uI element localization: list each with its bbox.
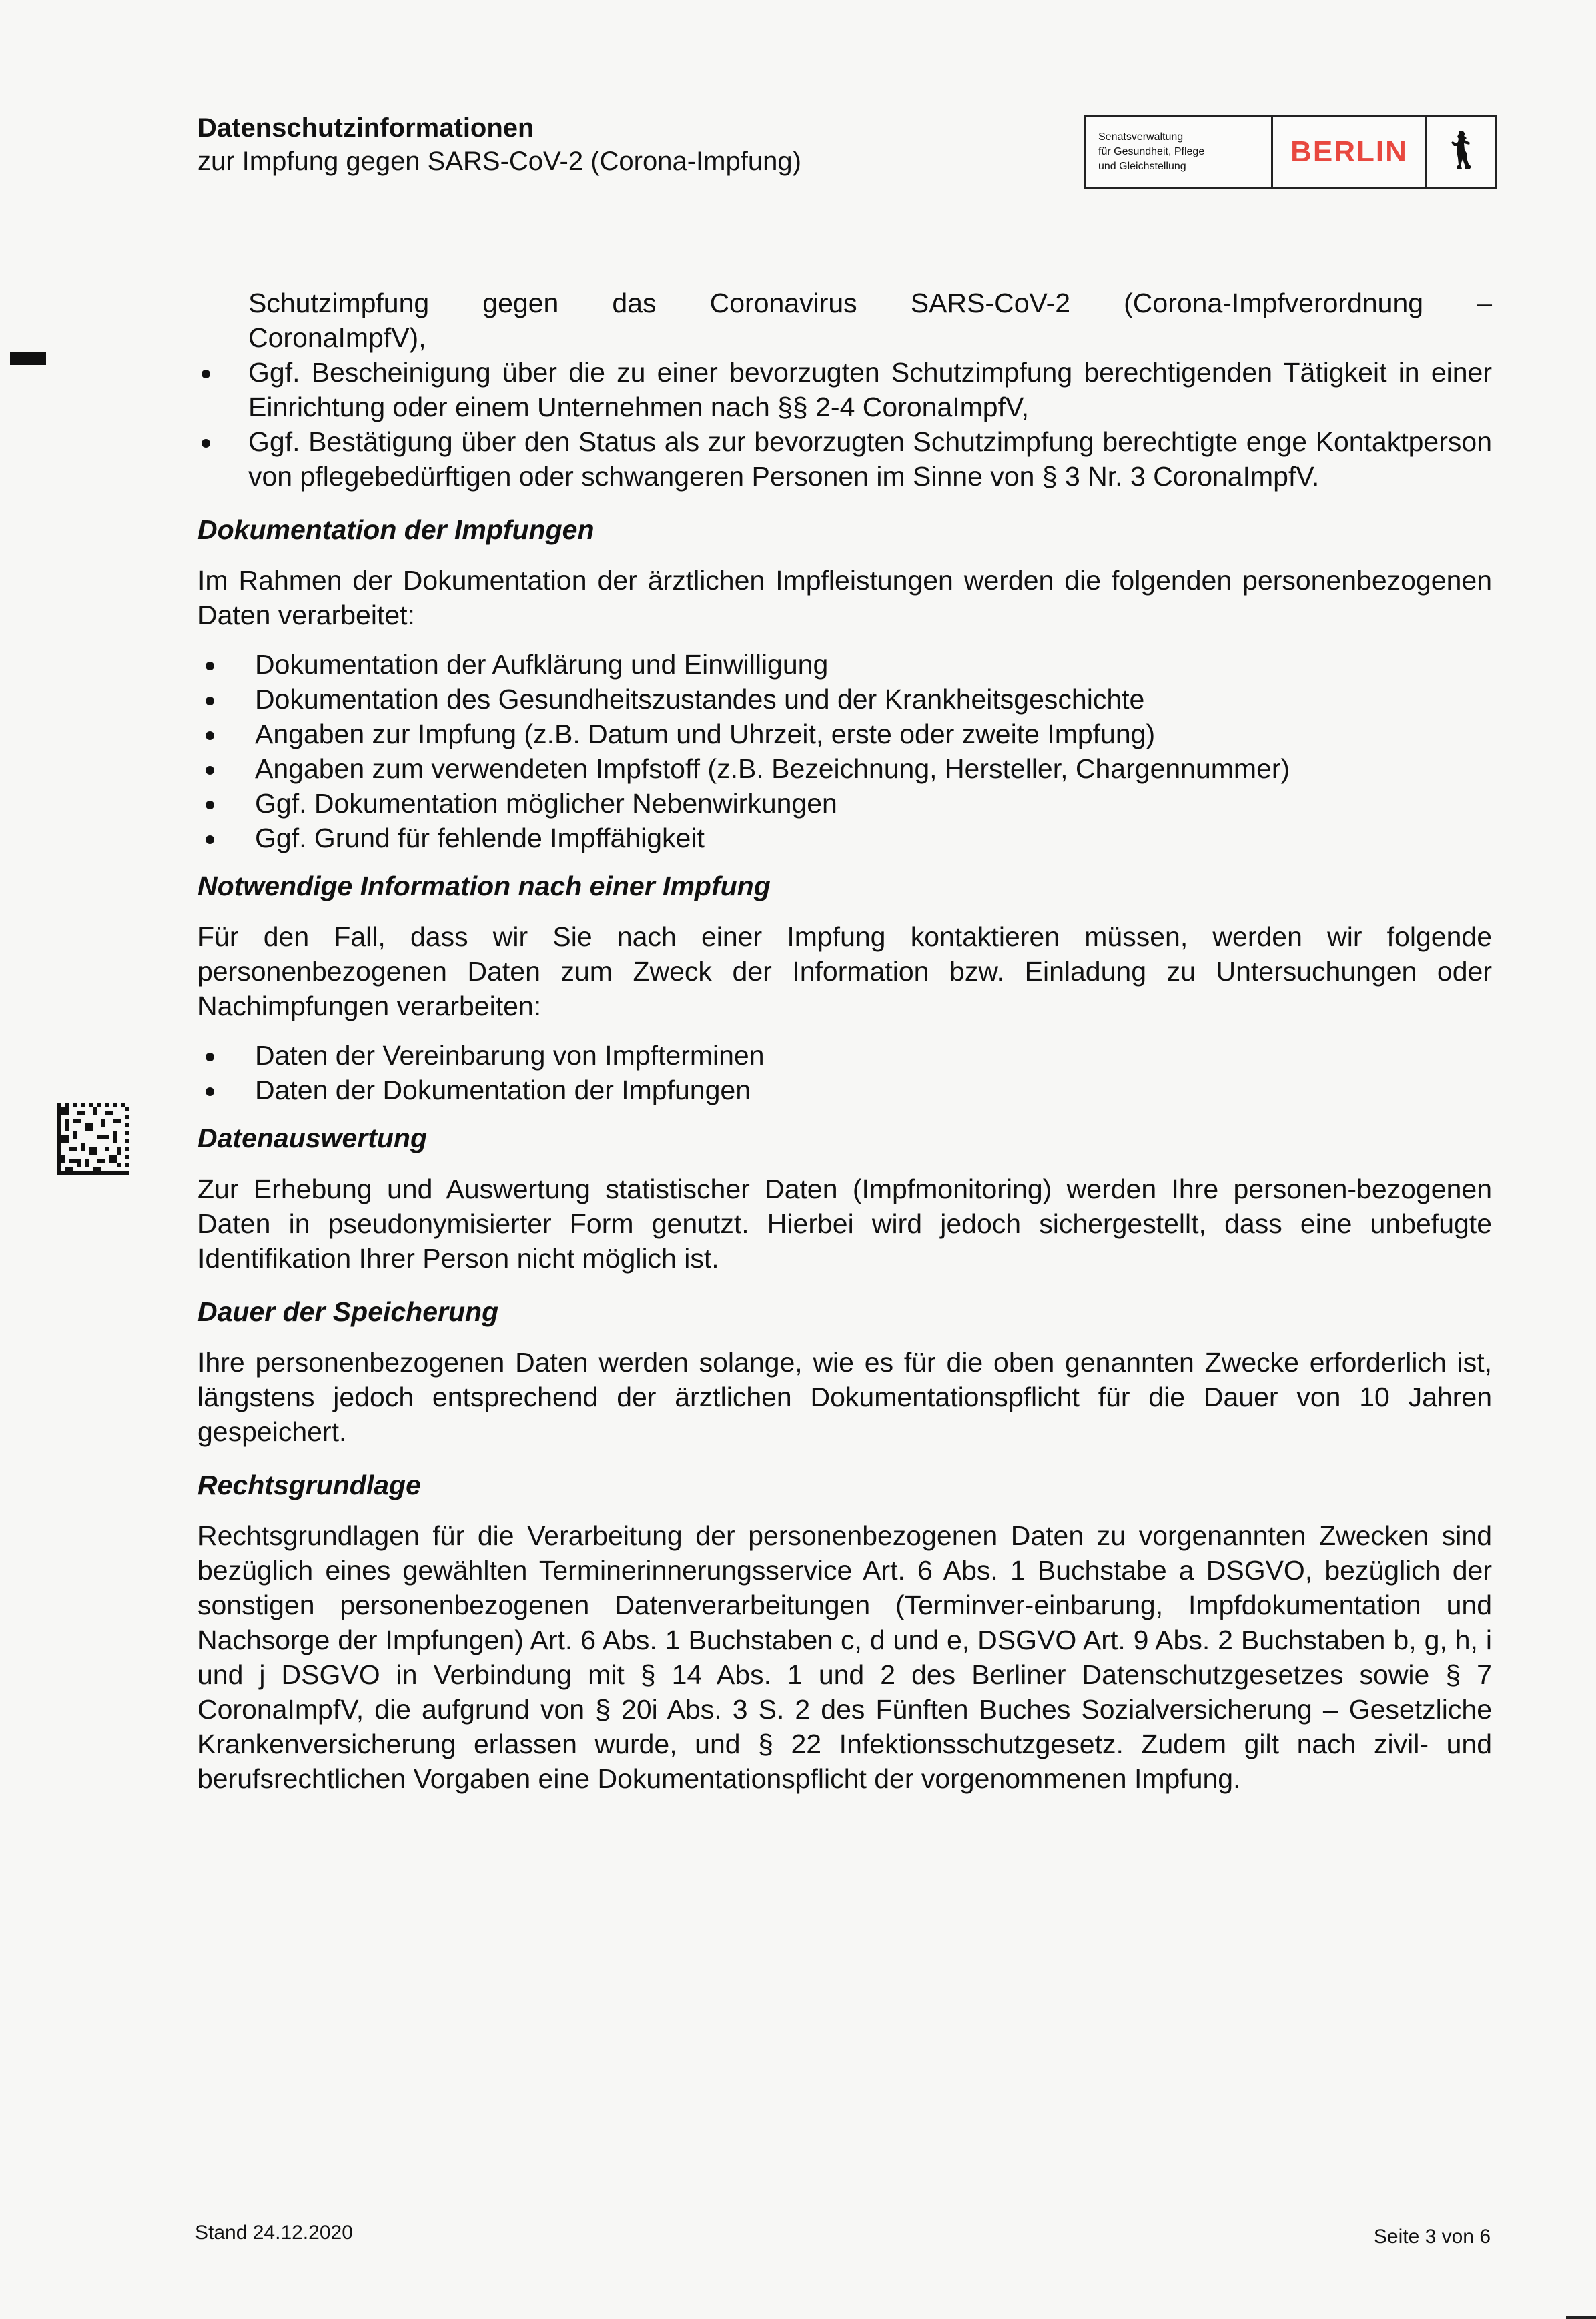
- section-heading: Dauer der Speicherung: [197, 1294, 1492, 1329]
- list-item: Ggf. Dokumentation möglicher Nebenwirkun…: [197, 786, 1492, 821]
- continued-text: CoronaImpfV),: [197, 320, 1492, 355]
- section-text: Zur Erhebung und Auswertung statistische…: [197, 1172, 1492, 1276]
- list-item: Angaben zur Impfung (z.B. Datum und Uhrz…: [197, 717, 1492, 751]
- section-dokumentation: Dokumentation der Impfungen Im Rahmen de…: [197, 512, 1492, 855]
- list-item: Ggf. Grund für fehlende Impffähigkeit: [197, 821, 1492, 855]
- document-subtitle: zur Impfung gegen SARS-CoV-2 (Corona-Imp…: [197, 144, 801, 179]
- list-item: Angaben zum verwendeten Impfstoff (z.B. …: [197, 751, 1492, 786]
- berlin-wordmark: BERLIN: [1273, 117, 1427, 187]
- section-list: Daten der Vereinbarung von Impfterminen …: [197, 1038, 1492, 1107]
- document-date: Stand 24.12.2020: [195, 2222, 353, 2244]
- section-speicherung: Dauer der Speicherung Ihre personenbezog…: [197, 1294, 1492, 1449]
- intro-list: Ggf. Bescheinigung über die zu einer bev…: [197, 355, 1492, 494]
- document-title: Datenschutzinformationen: [197, 112, 801, 144]
- berlin-bear-icon: [1427, 117, 1495, 187]
- list-item: Ggf. Bescheinigung über die zu einer bev…: [197, 355, 1492, 424]
- section-heading: Dokumentation der Impfungen: [197, 512, 1492, 547]
- department-name: Senatsverwaltung für Gesundheit, Pflege …: [1086, 117, 1273, 187]
- document-body: Schutzimpfung gegen das Coronavirus SARS…: [197, 286, 1492, 1796]
- section-text: Rechtsgrundlagen für die Verarbeitung de…: [197, 1518, 1492, 1796]
- document-header: Datenschutzinformationen zur Impfung geg…: [197, 112, 801, 179]
- section-text: Ihre personenbezogenen Daten werden sola…: [197, 1345, 1492, 1449]
- list-item: Daten der Vereinbarung von Impfterminen: [197, 1038, 1492, 1073]
- section-information: Notwendige Information nach einer Impfun…: [197, 869, 1492, 1107]
- section-heading: Notwendige Information nach einer Impfun…: [197, 869, 1492, 903]
- continued-text: Schutzimpfung gegen das Coronavirus SARS…: [197, 286, 1492, 320]
- list-item: Dokumentation des Gesundheitszustandes u…: [197, 682, 1492, 717]
- page-number: Seite 3 von 6: [1374, 2226, 1491, 2248]
- scan-registration-mark: [10, 352, 46, 365]
- intro-section: Schutzimpfung gegen das Coronavirus SARS…: [197, 286, 1492, 494]
- section-list: Dokumentation der Aufklärung und Einwill…: [197, 647, 1492, 855]
- scan-registration-mark: [1566, 2316, 1596, 2319]
- list-item: Dokumentation der Aufklärung und Einwill…: [197, 647, 1492, 682]
- list-item: Daten der Dokumentation der Impfungen: [197, 1073, 1492, 1107]
- berlin-senate-logo: Senatsverwaltung für Gesundheit, Pflege …: [1084, 115, 1497, 189]
- section-text: Im Rahmen der Dokumentation der ärztlich…: [197, 563, 1492, 632]
- section-text: Für den Fall, dass wir Sie nach einer Im…: [197, 919, 1492, 1023]
- section-auswertung: Datenauswertung Zur Erhebung und Auswert…: [197, 1121, 1492, 1276]
- section-heading: Datenauswertung: [197, 1121, 1492, 1155]
- section-rechtsgrundlage: Rechtsgrundlage Rechtsgrundlagen für die…: [197, 1468, 1492, 1796]
- section-heading: Rechtsgrundlage: [197, 1468, 1492, 1502]
- datamatrix-code: [57, 1103, 129, 1175]
- list-item: Ggf. Bestätigung über den Status als zur…: [197, 424, 1492, 494]
